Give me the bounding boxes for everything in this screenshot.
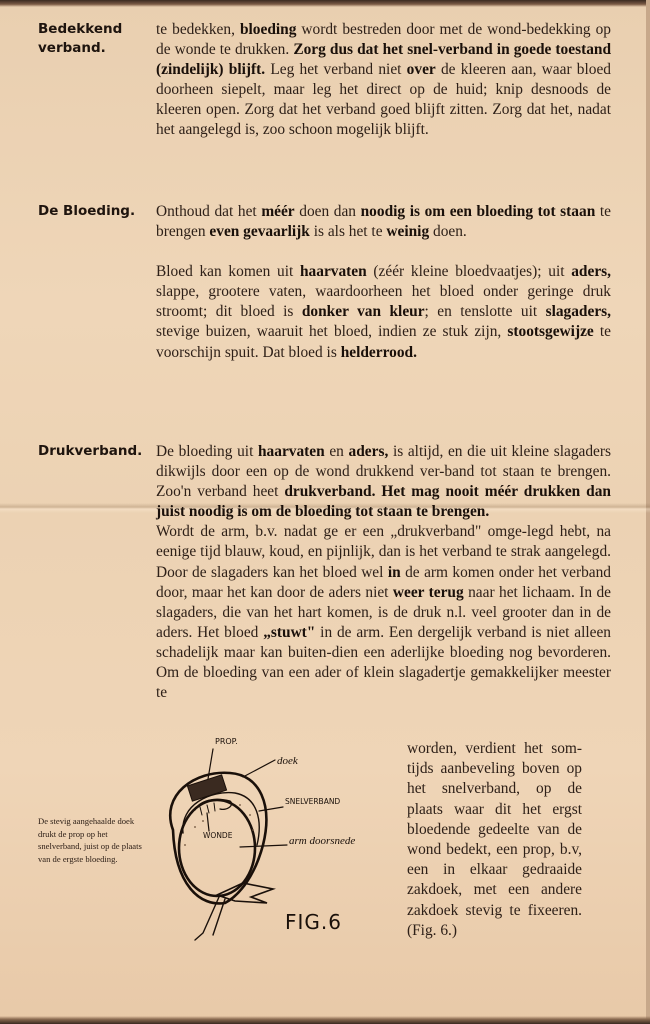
emphasized-text: in — [388, 564, 401, 581]
drukverband-paragraph-2: Wordt de arm, b.v. nadat ge er een „druk… — [156, 522, 611, 703]
emphasized-text: over — [407, 61, 436, 78]
heading-line-2: verband. — [38, 39, 122, 58]
label-prop: PROP. — [215, 737, 238, 746]
heading-bedekkend-verband: Bedekkend verband. — [38, 20, 122, 58]
heading-line-1: Bedekkend — [38, 20, 122, 39]
page-top-edge — [0, 0, 650, 7]
figure-caption: De stevig aangehaalde doek drukt de prop… — [38, 815, 148, 865]
text-run: is als het te — [310, 223, 387, 240]
drukverband-side-text: worden, verdient het som-tijds aanbeveli… — [407, 739, 582, 941]
emphasized-text: aders, — [571, 263, 611, 280]
label-arm-doorsnede: arm doorsnede — [289, 835, 355, 847]
text-run: stevige buizen, waaruit het bloed, indie… — [156, 323, 507, 340]
emphasized-text: even gevaarlijk — [209, 223, 309, 240]
emphasized-text: haarvaten — [300, 263, 367, 280]
page-bottom-edge — [0, 1016, 650, 1024]
emphasized-text: donker van kleur — [302, 303, 425, 320]
bedekkend-paragraph: te bedekken, bloeding wordt bestreden do… — [156, 20, 611, 141]
text-run: Bloed kan komen uit — [156, 263, 300, 280]
text-run: doen. — [429, 223, 467, 240]
text-run: en — [325, 443, 349, 460]
emphasized-text: slagaders, — [546, 303, 611, 320]
bedekkend-body: te bedekken, bloeding wordt bestreden do… — [156, 20, 611, 141]
text-run: doen dan — [295, 203, 361, 220]
text-run: Onthoud dat het — [156, 203, 261, 220]
emphasized-text: stootsgewijze — [507, 323, 593, 340]
emphasized-text: haarvaten — [258, 443, 325, 460]
heading-drukverband: Drukverband. — [38, 442, 142, 461]
drukverband-paragraph-1: De bloeding uit haarvaten en aders, is a… — [156, 442, 611, 522]
label-wonde: WONDE — [203, 831, 232, 840]
heading-de-bloeding: De Bloeding. — [38, 202, 135, 221]
bloeding-body: Onthoud dat het méér doen dan noodig is … — [156, 202, 611, 363]
text-run: De bloeding uit — [156, 443, 258, 460]
label-snelverband: SNELVERBAND — [285, 797, 340, 806]
text-run: (zéér kleine bloedvaatjes); uit — [367, 263, 572, 280]
text-run: Leg het verband niet — [265, 61, 407, 78]
label-doek: doek — [277, 755, 298, 767]
emphasized-text: „stuwt" — [263, 624, 315, 641]
emphasized-text: méér — [261, 203, 294, 220]
figure-6-illustration: PROP. doek SNELVERBAND WONDE arm doorsne… — [155, 735, 400, 945]
bloeding-paragraph-2: Bloed kan komen uit haarvaten (zéér klei… — [156, 262, 611, 362]
text-run: te bedekken, — [156, 21, 240, 38]
emphasized-text: drukverband. — [284, 483, 375, 500]
bloeding-paragraph-1: Onthoud dat het méér doen dan noodig is … — [156, 202, 611, 242]
emphasized-text: helderrood. — [341, 344, 417, 361]
text-run: ; en tenslotte uit — [425, 303, 546, 320]
drukverband-body: De bloeding uit haarvaten en aders, is a… — [156, 442, 611, 703]
emphasized-text: noodig is om een bloeding tot staan — [361, 203, 596, 220]
emphasized-text: aders, — [349, 443, 389, 460]
emphasized-text: weer terug — [393, 584, 464, 601]
side-text-paragraph: worden, verdient het som-tijds aanbeveli… — [407, 739, 582, 941]
emphasized-text: weinig — [386, 223, 429, 240]
figure-title: FIG.6 — [285, 910, 342, 934]
emphasized-text: bloeding — [240, 21, 296, 38]
